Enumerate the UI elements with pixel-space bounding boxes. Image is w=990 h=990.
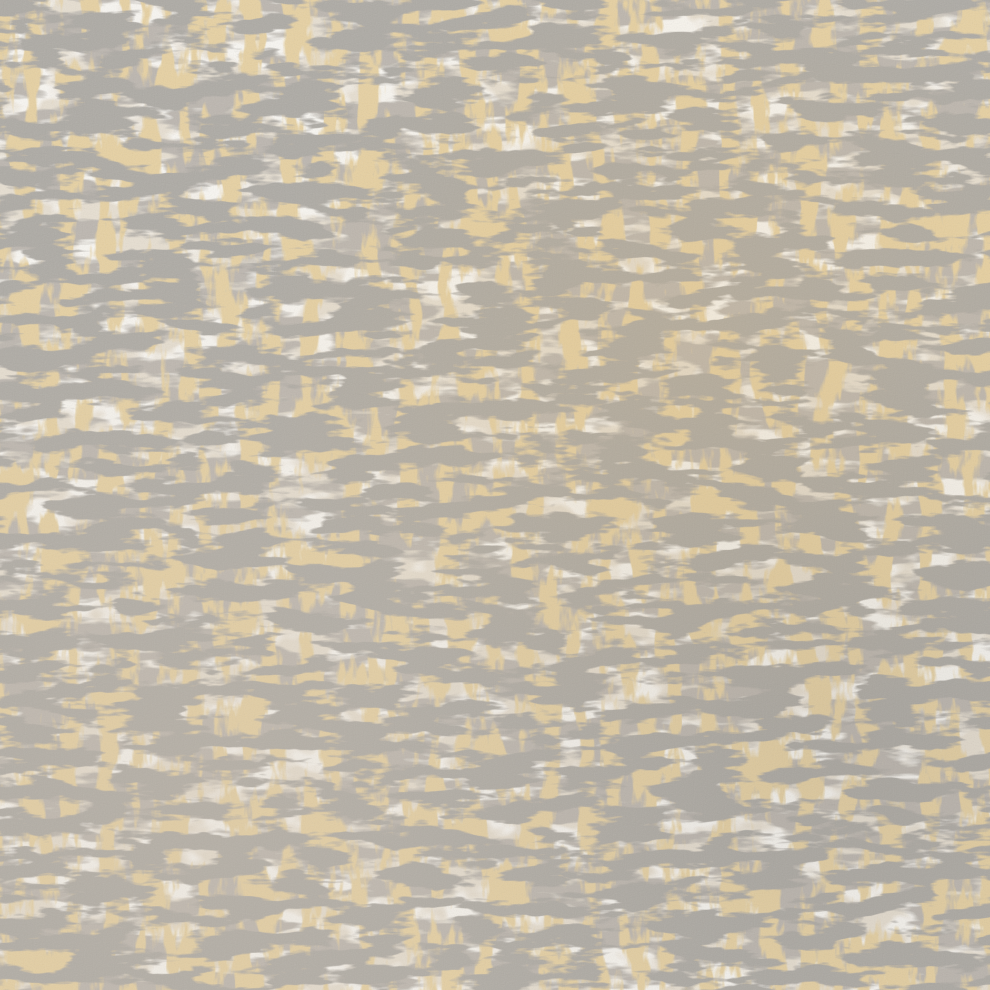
texture-pattern	[0, 0, 990, 990]
rug-texture-image	[0, 0, 990, 990]
